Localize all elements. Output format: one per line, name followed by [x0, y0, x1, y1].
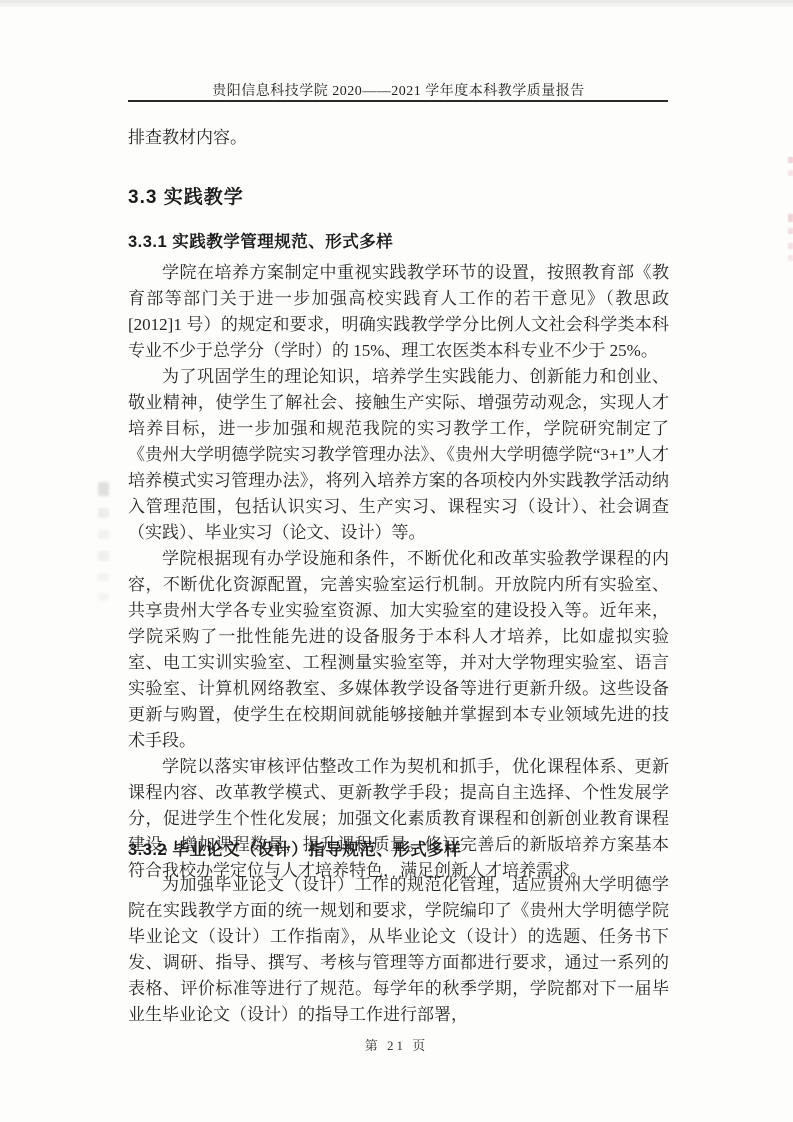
scan-edge-artifact [788, 228, 793, 234]
subsection-heading-3-3-2: 3.3.2 毕业论文（设计）指导规范、形式多样 [128, 836, 669, 860]
paragraph: 为加强毕业论文（设计）工作的规范化管理，适应贵州大学明德学院在实践教学方面的统一… [128, 872, 669, 1028]
paragraph-continuation: 排查教材内容。 [128, 125, 669, 151]
paragraph: 为了巩固学生的理论知识，培养学生实践能力、创新能力和创业、敬业精神，使学生了解社… [128, 364, 669, 546]
section-heading-3-3: 3.3 实践教学 [128, 182, 669, 209]
paragraph: 学院根据现有办学设施和条件，不断优化和改革实验教学课程的内容，不断优化资源配置，… [128, 546, 669, 754]
subsection-heading-3-3-1: 3.3.1 实践教学管理规范、形式多样 [128, 228, 669, 252]
scan-edge-artifact [788, 255, 793, 261]
scan-edge-artifact [788, 157, 793, 163]
header-rule [128, 100, 668, 102]
paragraph: 学院以落实审核评估整改工作为契机和抓手，优化课程体系、更新课程内容、改革教学模式… [128, 754, 669, 884]
scan-edge-artifact [788, 214, 793, 222]
scan-edge-artifact [0, 0, 793, 7]
subsection-3-3-2-paragraphs: 为加强毕业论文（设计）工作的规范化管理，适应贵州大学明德学院在实践教学方面的统一… [128, 872, 669, 1028]
paragraph: 学院在培养方案制定中重视实践教学环节的设置，按照教育部《教育部等部门关于进一步加… [128, 260, 669, 364]
scan-edge-artifact [788, 170, 793, 176]
scan-edge-artifact [788, 243, 793, 249]
stamp-bleedthrough-artifact [94, 482, 112, 632]
document-page: 贵阳信息科技学院 2020——2021 学年度本科教学质量报告 排查教材内容。 … [0, 0, 793, 1122]
page-number: 第 21 页 [0, 1035, 793, 1054]
subsection-3-3-1-paragraphs: 学院在培养方案制定中重视实践教学环节的设置，按照教育部《教育部等部门关于进一步加… [128, 260, 669, 884]
running-header: 贵阳信息科技学院 2020——2021 学年度本科教学质量报告 [128, 80, 669, 100]
